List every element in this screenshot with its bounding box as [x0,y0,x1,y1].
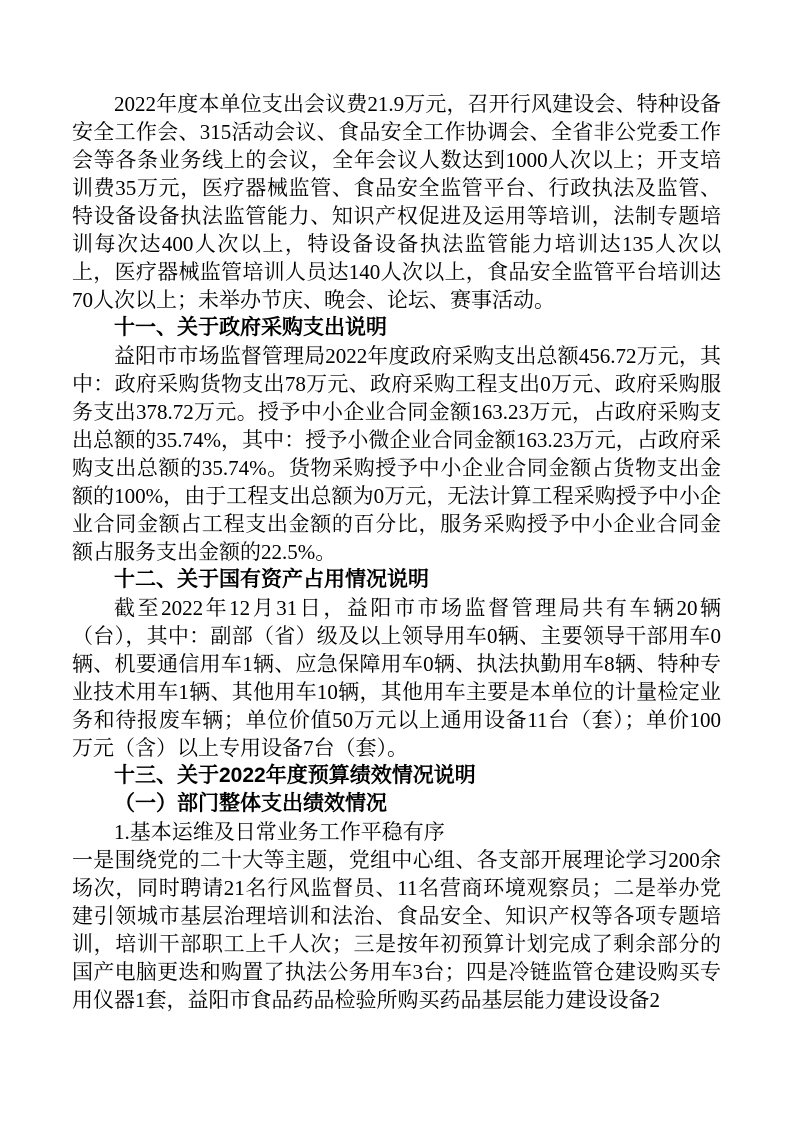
document-page: 2022年度本单位支出会议费21.9万元，召开行风建设会、特种设备安全工作会、3… [0,0,793,1122]
section-heading: （一）部门整体支出绩效情况 [72,790,721,818]
body-paragraph: 一是围绕党的二十大等主题，党组中心组、各支部开展理论学习200余场次，同时聘请2… [72,846,721,1014]
body-paragraph: 益阳市市场监督管理局2022年度政府采购支出总额456.72万元，其中：政府采购… [72,342,721,566]
document-body: 2022年度本单位支出会议费21.9万元，召开行风建设会、特种设备安全工作会、3… [72,90,721,1014]
body-paragraph: 2022年度本单位支出会议费21.9万元，召开行风建设会、特种设备安全工作会、3… [72,90,721,314]
section-heading: 十二、关于国有资产占用情况说明 [72,566,721,594]
body-paragraph: 截至2022年12月31日，益阳市市场监督管理局共有车辆20辆（台），其中：副部… [72,594,721,762]
section-heading: 十三、关于2022年度预算绩效情况说明 [72,762,721,790]
sub-heading: 1.基本运维及日常业务工作平稳有序 [72,818,721,846]
section-heading: 十一、关于政府采购支出说明 [72,314,721,342]
